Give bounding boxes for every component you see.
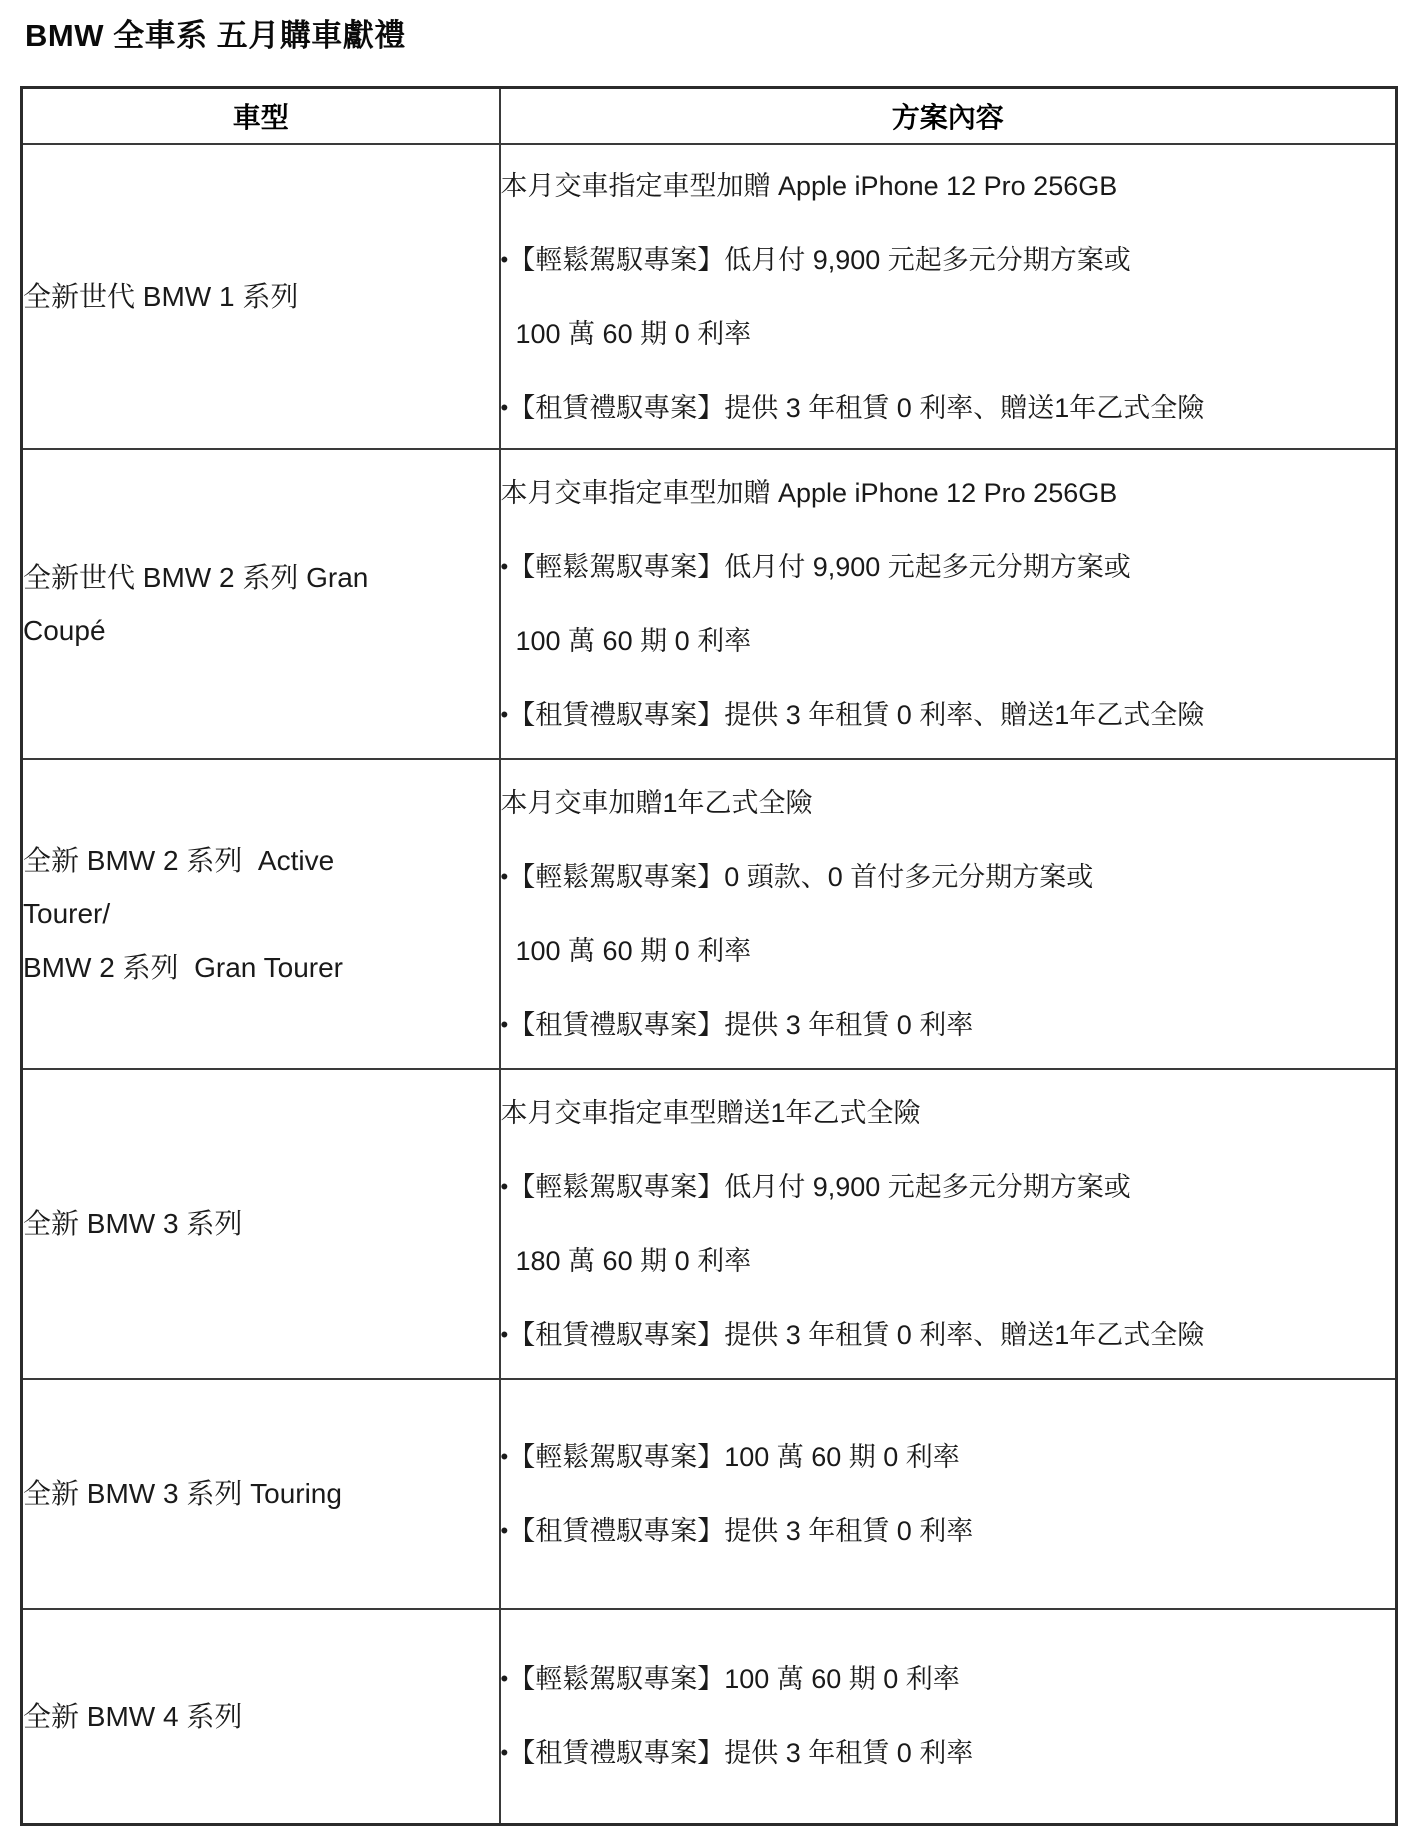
bullet-icon: • xyxy=(501,702,509,727)
plan-cell: 本月交車指定車型加贈 Apple iPhone 12 Pro 256GB•【輕鬆… xyxy=(500,144,1397,449)
model-line: Tourer/ xyxy=(23,887,499,940)
plan-bullet-line: •【輕鬆駕馭專案】100 萬 60 期 0 利率 xyxy=(501,1642,1396,1716)
model-cell: 全新世代 BMW 2 系列 GranCoupé xyxy=(22,449,500,759)
header-model: 車型 xyxy=(22,88,500,145)
plan-line: 100 萬 60 期 0 利率 xyxy=(501,297,1396,371)
promo-table: 車型 方案內容 全新世代 BMW 1 系列本月交車指定車型加贈 Apple iP… xyxy=(20,86,1398,1826)
model-line: BMW 2 系列 Gran Tourer xyxy=(23,941,499,994)
plan-bullet-line: •【輕鬆駕馭專案】低月付 9,900 元起多元分期方案或 xyxy=(501,223,1396,297)
bullet-icon: • xyxy=(501,1444,509,1469)
plan-line: 180 萬 60 期 0 利率 xyxy=(501,1224,1396,1298)
table-header: 車型 方案內容 xyxy=(22,88,1397,145)
bullet-icon: • xyxy=(501,1740,509,1765)
model-cell: 全新 BMW 3 系列 Touring xyxy=(22,1379,500,1609)
model-cell: 全新 BMW 4 系列 xyxy=(22,1609,500,1824)
plan-bullet-line: •【租賃禮馭專案】提供 3 年租賃 0 利率 xyxy=(501,1494,1396,1568)
plan-bullet-line: •【輕鬆駕馭專案】100 萬 60 期 0 利率 xyxy=(501,1420,1396,1494)
plan-cell: •【輕鬆駕馭專案】100 萬 60 期 0 利率•【租賃禮馭專案】提供 3 年租… xyxy=(500,1379,1397,1609)
model-cell: 全新世代 BMW 1 系列 xyxy=(22,144,500,449)
bullet-icon: • xyxy=(501,554,509,579)
plan-line: 100 萬 60 期 0 利率 xyxy=(501,604,1396,678)
bullet-icon: • xyxy=(501,1322,509,1347)
plan-bullet-line: •【租賃禮馭專案】提供 3 年租賃 0 利率、贈送1年乙式全險 xyxy=(501,371,1396,445)
plan-cell: 本月交車指定車型加贈 Apple iPhone 12 Pro 256GB•【輕鬆… xyxy=(500,449,1397,759)
model-line: 全新 BMW 4 系列 xyxy=(23,1690,499,1743)
bullet-icon: • xyxy=(501,1518,509,1543)
table-body: 全新世代 BMW 1 系列本月交車指定車型加贈 Apple iPhone 12 … xyxy=(22,144,1397,1824)
plan-cell: 本月交車指定車型贈送1年乙式全險•【輕鬆駕馭專案】低月付 9,900 元起多元分… xyxy=(500,1069,1397,1379)
table-row: 全新世代 BMW 2 系列 GranCoupé本月交車指定車型加贈 Apple … xyxy=(22,449,1397,759)
bullet-icon: • xyxy=(501,1012,509,1037)
model-line: 全新 BMW 3 系列 Touring xyxy=(23,1467,499,1520)
plan-line: 本月交車加贈1年乙式全險 xyxy=(501,766,1396,840)
plan-bullet-line: •【輕鬆駕馭專案】0 頭款、0 首付多元分期方案或 xyxy=(501,840,1396,914)
plan-line: 100 萬 60 期 0 利率 xyxy=(501,914,1396,988)
bullet-icon: • xyxy=(501,247,509,272)
plan-cell: 本月交車加贈1年乙式全險•【輕鬆駕馭專案】0 頭款、0 首付多元分期方案或100… xyxy=(500,759,1397,1069)
model-cell: 全新 BMW 2 系列 ActiveTourer/BMW 2 系列 Gran T… xyxy=(22,759,500,1069)
plan-bullet-line: •【租賃禮馭專案】提供 3 年租賃 0 利率 xyxy=(501,1716,1396,1790)
plan-line: 本月交車指定車型加贈 Apple iPhone 12 Pro 256GB xyxy=(501,456,1396,530)
model-line: 全新 BMW 3 系列 xyxy=(23,1197,499,1250)
table-row: 全新 BMW 3 系列 Touring•【輕鬆駕馭專案】100 萬 60 期 0… xyxy=(22,1379,1397,1609)
bullet-icon: • xyxy=(501,1174,509,1199)
plan-line: 本月交車指定車型贈送1年乙式全險 xyxy=(501,1076,1396,1150)
plan-bullet-line: •【輕鬆駕馭專案】低月付 9,900 元起多元分期方案或 xyxy=(501,1150,1396,1224)
model-line: Coupé xyxy=(23,604,499,657)
table-row: 全新 BMW 4 系列•【輕鬆駕馭專案】100 萬 60 期 0 利率•【租賃禮… xyxy=(22,1609,1397,1824)
bullet-icon: • xyxy=(501,864,509,889)
bullet-icon: • xyxy=(501,395,509,420)
model-line: 全新 BMW 2 系列 Active xyxy=(23,834,499,887)
plan-bullet-line: •【輕鬆駕馭專案】低月付 9,900 元起多元分期方案或 xyxy=(501,530,1396,604)
bullet-icon: • xyxy=(501,1666,509,1691)
header-plan: 方案內容 xyxy=(500,88,1397,145)
plan-cell: •【輕鬆駕馭專案】100 萬 60 期 0 利率•【租賃禮馭專案】提供 3 年租… xyxy=(500,1609,1397,1824)
table-row: 全新 BMW 3 系列本月交車指定車型贈送1年乙式全險•【輕鬆駕馭專案】低月付 … xyxy=(22,1069,1397,1379)
plan-line: 本月交車指定車型加贈 Apple iPhone 12 Pro 256GB xyxy=(501,149,1396,223)
header-row: 車型 方案內容 xyxy=(22,88,1397,145)
plan-bullet-line: •【租賃禮馭專案】提供 3 年租賃 0 利率 xyxy=(501,988,1396,1062)
plan-bullet-line: •【租賃禮馭專案】提供 3 年租賃 0 利率、贈送1年乙式全險 xyxy=(501,1298,1396,1372)
model-cell: 全新 BMW 3 系列 xyxy=(22,1069,500,1379)
plan-bullet-line: •【租賃禮馭專案】提供 3 年租賃 0 利率、贈送1年乙式全險 xyxy=(501,678,1396,752)
page-title: BMW 全車系 五月購車獻禮 xyxy=(25,10,406,55)
table-row: 全新世代 BMW 1 系列本月交車指定車型加贈 Apple iPhone 12 … xyxy=(22,144,1397,449)
table-row: 全新 BMW 2 系列 ActiveTourer/BMW 2 系列 Gran T… xyxy=(22,759,1397,1069)
model-line: 全新世代 BMW 1 系列 xyxy=(23,270,499,323)
model-line: 全新世代 BMW 2 系列 Gran xyxy=(23,551,499,604)
